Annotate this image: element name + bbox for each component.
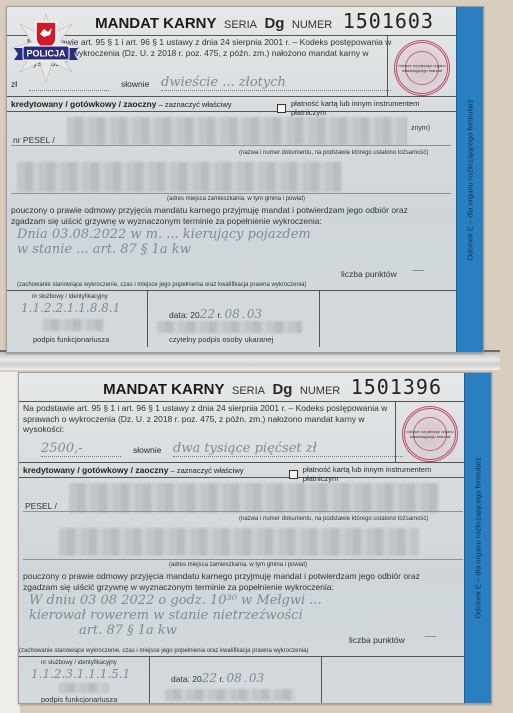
signature-grid: nr służbowy / identyfikacyjny 1.1.2.2.1.…: [7, 290, 456, 347]
redacted-name: [69, 483, 439, 513]
amount-row: 2500,- słownie dwa tysiące pięćset zł: [23, 439, 413, 457]
address-caption: (adres miejsca zamieszkania, w tym gmina…: [169, 562, 307, 568]
ticket-number: 1501603: [343, 9, 434, 33]
paper-edge: [0, 372, 20, 713]
acceptance-notice: pouczony o prawie odmowy przyjęcia manda…: [11, 205, 431, 227]
redacted-officer-signature: [59, 683, 109, 693]
numer-label: NUMER: [292, 19, 332, 31]
under-sheet-edge: [0, 350, 500, 370]
redacted-offender-signature: [165, 689, 295, 701]
offence-caption: (zachowanie stanowiące wykroczenie, czas…: [19, 648, 308, 654]
strip-text: Odcinek E – dla organu rozliczającego fo…: [474, 457, 483, 618]
signature-grid: nr służbowy / identyfikacyjny 1.1.2.3.1.…: [19, 656, 464, 704]
offence-caption: (zachowanie stanowiące wykroczenie, czas…: [17, 282, 306, 288]
title-text: MANDAT KARNY: [95, 15, 216, 32]
date-field[interactable]: data: 2022 r. 08 . 03: [169, 307, 262, 321]
words-label: słownie: [121, 79, 149, 89]
seria-value: Dg: [264, 15, 284, 32]
section-strip: Odcinek E – dla organu rozliczającego fo…: [464, 373, 491, 703]
officer-id[interactable]: 1.1.2.2.1.1.8.8.1: [21, 301, 120, 315]
official-stamp-icon: miejsce na pieczęć organu nakładającego …: [394, 40, 450, 96]
seria-value: Dg: [272, 381, 292, 398]
acceptance-notice: pouczony o prawie odmowy przyjęcia manda…: [23, 571, 443, 593]
pesel-label: nr PESEL /: [13, 135, 55, 145]
payment-type-options[interactable]: kredytowany / gotówkowy / zaoczny – zazn…: [11, 99, 232, 109]
payment-type-options[interactable]: kredytowany / gotówkowy / zaoczny – zazn…: [23, 465, 244, 475]
offence-description[interactable]: Dnia 03.08.2022 w m. ... kierujący pojaz…: [17, 227, 437, 257]
points-value[interactable]: —: [412, 263, 425, 278]
legal-basis-text: Na podstawie art. 95 § 1 i art. 96 § 1 u…: [23, 403, 393, 435]
redacted-address: [17, 162, 342, 192]
payment-type-row: kredytowany / gotówkowy / zaoczny – zazn…: [19, 462, 464, 478]
document-caption: (nazwa i numer dokumentu, na podstawie k…: [239, 150, 428, 156]
date-field[interactable]: data: 2022 r. 08 . 03: [171, 671, 264, 685]
pesel-label: PESEL /: [25, 501, 57, 511]
section-strip: Odcinek E – dla organu rozliczającego fo…: [456, 7, 483, 352]
amount-field[interactable]: [29, 90, 109, 91]
redacted-offender-signature: [157, 321, 302, 333]
police-star-badge-icon: POLICJA: [10, 12, 82, 84]
title-text: MANDAT KARNY: [103, 381, 224, 398]
points-value[interactable]: —: [424, 629, 437, 644]
points-label: liczba punktów: [341, 269, 397, 279]
card-payment-option[interactable]: płatność kartą lub innym instrumentem pł…: [277, 99, 456, 117]
address-caption: (adres miejsca zamieszkania, w tym gmina…: [167, 196, 305, 202]
ticket-title: MANDAT KARNY SERIA Dg NUMER 1501396: [103, 375, 442, 399]
offender-cell: data: 2022 r. 08 . 03 czytelny podpis os…: [147, 291, 320, 347]
card-payment-checkbox[interactable]: [289, 470, 298, 479]
ticket-1501396: Odcinek E – dla organu rozliczającego fo…: [18, 372, 492, 704]
redacted-officer-signature: [43, 319, 103, 331]
redacted-address: [59, 528, 419, 556]
ticket-number: 1501396: [351, 375, 442, 399]
numer-label: NUMER: [300, 385, 340, 397]
points-label: liczba punktów: [349, 635, 405, 645]
seria-label: SERIA: [224, 19, 257, 31]
svg-text:POLICJA: POLICJA: [26, 49, 66, 59]
police-logo: POLICJA: [10, 12, 82, 84]
words-label: słownie: [133, 445, 161, 455]
legal-basis-text: Na podstawie art. 95 § 1 i art. 96 § 1 u…: [27, 37, 397, 69]
document-caption: (nazwa i numer dokumentu, na podstawie k…: [239, 516, 428, 522]
officer-cell: nr służbowy / identyfikacyjny 1.1.2.3.1.…: [19, 657, 150, 704]
amount-words-field[interactable]: dwa tysiące pięćset zł: [173, 441, 403, 457]
officer-cell: nr służbowy / identyfikacyjny 1.1.2.2.1.…: [7, 291, 148, 347]
card-payment-checkbox[interactable]: [277, 104, 286, 113]
strip-text: Odcinek E – dla organu rozliczającego fo…: [466, 99, 475, 260]
amount-field[interactable]: 2500,-: [41, 441, 121, 457]
offender-cell: data: 2022 r. 08 . 03: [149, 657, 322, 704]
card-payment-option[interactable]: płatność kartą lub innym instrumentem pł…: [289, 465, 464, 483]
amount-words-field[interactable]: dwieście ... złotych: [161, 75, 391, 91]
redacted-name: [67, 117, 407, 145]
seria-label: SERIA: [232, 385, 265, 397]
ticket-title: MANDAT KARNY SERIA Dg NUMER 1501603: [95, 9, 434, 33]
ticket-header: MANDAT KARNY SERIA Dg NUMER 1501396: [19, 379, 464, 402]
offence-description[interactable]: W dniu 03 08 2022 o godz. 10³⁰ w Mełgwi …: [29, 593, 449, 638]
payment-type-row: kredytowany / gotówkowy / zaoczny – zazn…: [7, 96, 456, 112]
officer-id[interactable]: 1.1.2.3.1.1.1.5.1: [31, 667, 130, 681]
